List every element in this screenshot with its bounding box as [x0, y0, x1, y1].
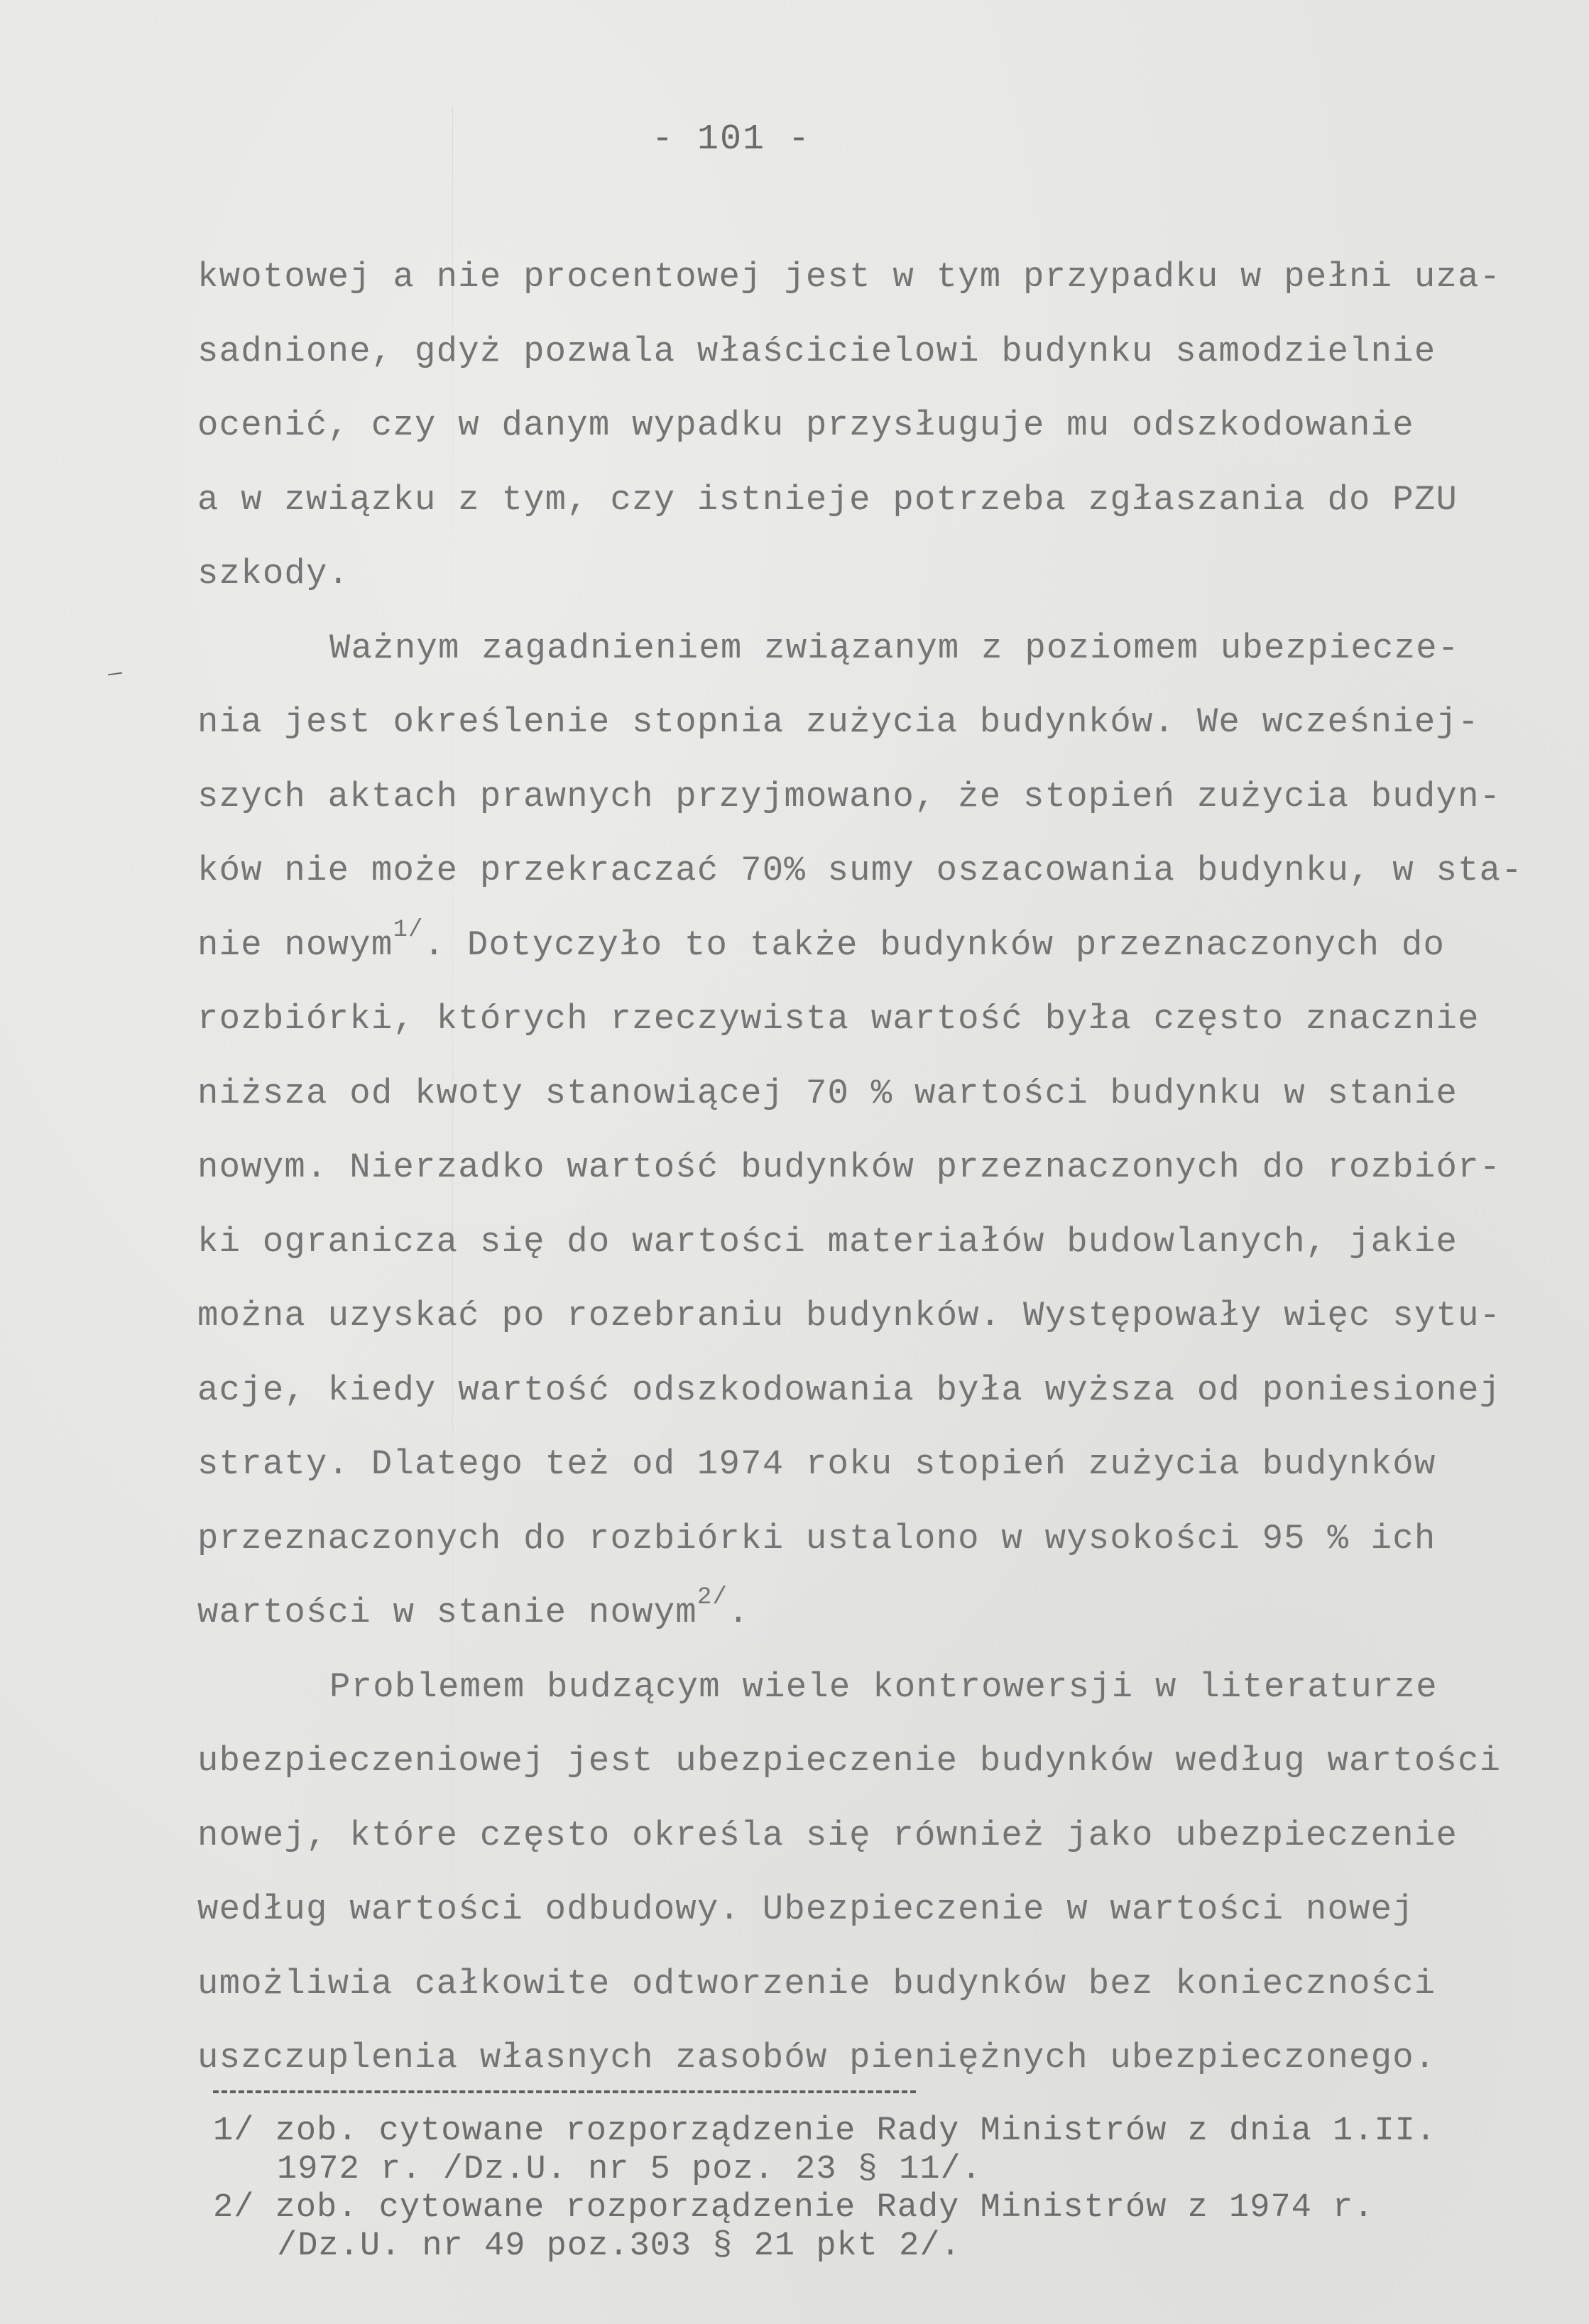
text-line-content: a w związku z tym, czy istnieje potrzeba…: [197, 480, 1458, 520]
footnote-text: 1972 r. /Dz.U. nr 5 poz. 23 § 11/.: [277, 2151, 982, 2188]
text-line: sadnione, gdyż pozwala właścicielowi bud…: [197, 315, 1518, 389]
text-line: Problemem budzącym wiele kontrowersji w …: [197, 1650, 1518, 1725]
footnote-reference: 2/: [697, 1584, 728, 1611]
text-line-content: umożliwia całkowite odtworzenie budynków…: [197, 1964, 1436, 2004]
text-line: nowym. Nierzadko wartość budynków przezn…: [197, 1130, 1518, 1205]
text-line-content: nowym. Nierzadko wartość budynków przezn…: [197, 1147, 1501, 1187]
text-line-content: rozbiórki, których rzeczywista wartość b…: [197, 999, 1480, 1039]
footnote-marker: 2/: [213, 2189, 275, 2227]
text-line: ki ogranicza się do wartości materiałów …: [197, 1205, 1518, 1280]
text-line-content: wartości w stanie nowym: [197, 1593, 697, 1632]
text-line-content: nowej, które często określa się również …: [197, 1816, 1458, 1855]
footnote-marker: 1/: [213, 2112, 275, 2150]
text-line-content: według wartości odbudowy. Ubezpieczenie …: [197, 1889, 1414, 1929]
text-line: szkody.: [197, 537, 1518, 611]
text-line-content: Ważnym zagadnieniem związanym z poziomem…: [329, 628, 1459, 668]
text-line-content: szych aktach prawnych przyjmowano, że st…: [197, 777, 1501, 817]
footnote-text: zob. cytowane rozporządzenie Rady Minist…: [275, 2112, 1436, 2150]
text-line: Ważnym zagadnieniem związanym z poziomem…: [197, 611, 1518, 686]
text-line: przeznaczonych do rozbiórki ustalono w w…: [197, 1502, 1518, 1576]
text-line-content: można uzyskać po rozebraniu budynków. Wy…: [197, 1296, 1501, 1336]
text-line-content: ki ogranicza się do wartości materiałów …: [197, 1222, 1458, 1262]
footnote-line: 1/ zob. cytowane rozporządzenie Rady Min…: [213, 2112, 1527, 2151]
text-line-content: nie nowym: [197, 925, 393, 965]
footnote-line: 1972 r. /Dz.U. nr 5 poz. 23 § 11/.: [213, 2151, 1527, 2189]
text-line: szych aktach prawnych przyjmowano, że st…: [197, 760, 1518, 834]
text-line: umożliwia całkowite odtworzenie budynków…: [197, 1947, 1518, 2022]
text-line: niższa od kwoty stanowiącej 70 % wartośc…: [197, 1057, 1518, 1131]
text-line: kwotowej a nie procentowej jest w tym pr…: [197, 240, 1518, 315]
text-line-continuation: . Dotyczyło to także budynków przeznaczo…: [424, 925, 1445, 965]
text-line-content: ków nie może przekraczać 70% sumy oszaco…: [197, 851, 1523, 890]
footnote-line: 2/ zob. cytowane rozporządzenie Rady Min…: [213, 2189, 1527, 2227]
text-line: wartości w stanie nowym2/.: [197, 1576, 1518, 1650]
text-line-content: kwotowej a nie procentowej jest w tym pr…: [197, 257, 1501, 297]
text-line: nowej, które często określa się również …: [197, 1799, 1518, 1873]
text-line-content: Problemem budzącym wiele kontrowersji w …: [329, 1667, 1438, 1707]
text-line: ubezpieczeniowej jest ubezpieczenie budy…: [197, 1724, 1518, 1799]
footnote-text: /Dz.U. nr 49 poz.303 § 21 pkt 2/.: [277, 2227, 961, 2265]
text-line-content: ocenić, czy w danym wypadku przysługuje …: [197, 405, 1414, 445]
body-text: kwotowej a nie procentowej jest w tym pr…: [197, 240, 1518, 2095]
footnote-line: /Dz.U. nr 49 poz.303 § 21 pkt 2/.: [213, 2227, 1527, 2266]
text-line: można uzyskać po rozebraniu budynków. Wy…: [197, 1279, 1518, 1353]
text-line-content: straty. Dlatego też od 1974 roku stopień…: [197, 1444, 1436, 1484]
text-line: straty. Dlatego też od 1974 roku stopień…: [197, 1427, 1518, 1502]
text-line-continuation: .: [728, 1593, 750, 1632]
text-line-content: acje, kiedy wartość odszkodowania była w…: [197, 1370, 1501, 1410]
text-line: rozbiórki, których rzeczywista wartość b…: [197, 982, 1518, 1057]
text-line: ocenić, czy w danym wypadku przysługuje …: [197, 388, 1518, 463]
page-number: - 101 -: [0, 119, 1463, 160]
text-line-content: sadnione, gdyż pozwala właścicielowi bud…: [197, 332, 1436, 371]
text-line: nia jest określenie stopnia zużycia budy…: [197, 685, 1518, 760]
text-line-content: niższa od kwoty stanowiącej 70 % wartośc…: [197, 1074, 1458, 1113]
footnote-separator: [213, 2090, 916, 2093]
text-line-content: szkody.: [197, 554, 349, 594]
text-line: nie nowym1/. Dotyczyło to także budynków…: [197, 908, 1518, 983]
text-line-content: uszczuplenia własnych zasobów pieniężnyc…: [197, 2038, 1436, 2078]
text-line-content: nia jest określenie stopnia zużycia budy…: [197, 702, 1480, 742]
text-line: a w związku z tym, czy istnieje potrzeba…: [197, 463, 1518, 538]
text-line: ków nie może przekraczać 70% sumy oszaco…: [197, 834, 1518, 908]
text-line: uszczuplenia własnych zasobów pieniężnyc…: [197, 2021, 1518, 2095]
footnote-text: zob. cytowane rozporządzenie Rady Minist…: [275, 2189, 1375, 2227]
footnote-reference: 1/: [393, 917, 423, 944]
footnotes: 1/ zob. cytowane rozporządzenie Rady Min…: [213, 2112, 1527, 2266]
text-line: acje, kiedy wartość odszkodowania była w…: [197, 1353, 1518, 1428]
text-line: według wartości odbudowy. Ubezpieczenie …: [197, 1872, 1518, 1947]
text-line-content: ubezpieczeniowej jest ubezpieczenie budy…: [197, 1741, 1501, 1781]
text-line-content: przeznaczonych do rozbiórki ustalono w w…: [197, 1519, 1436, 1559]
